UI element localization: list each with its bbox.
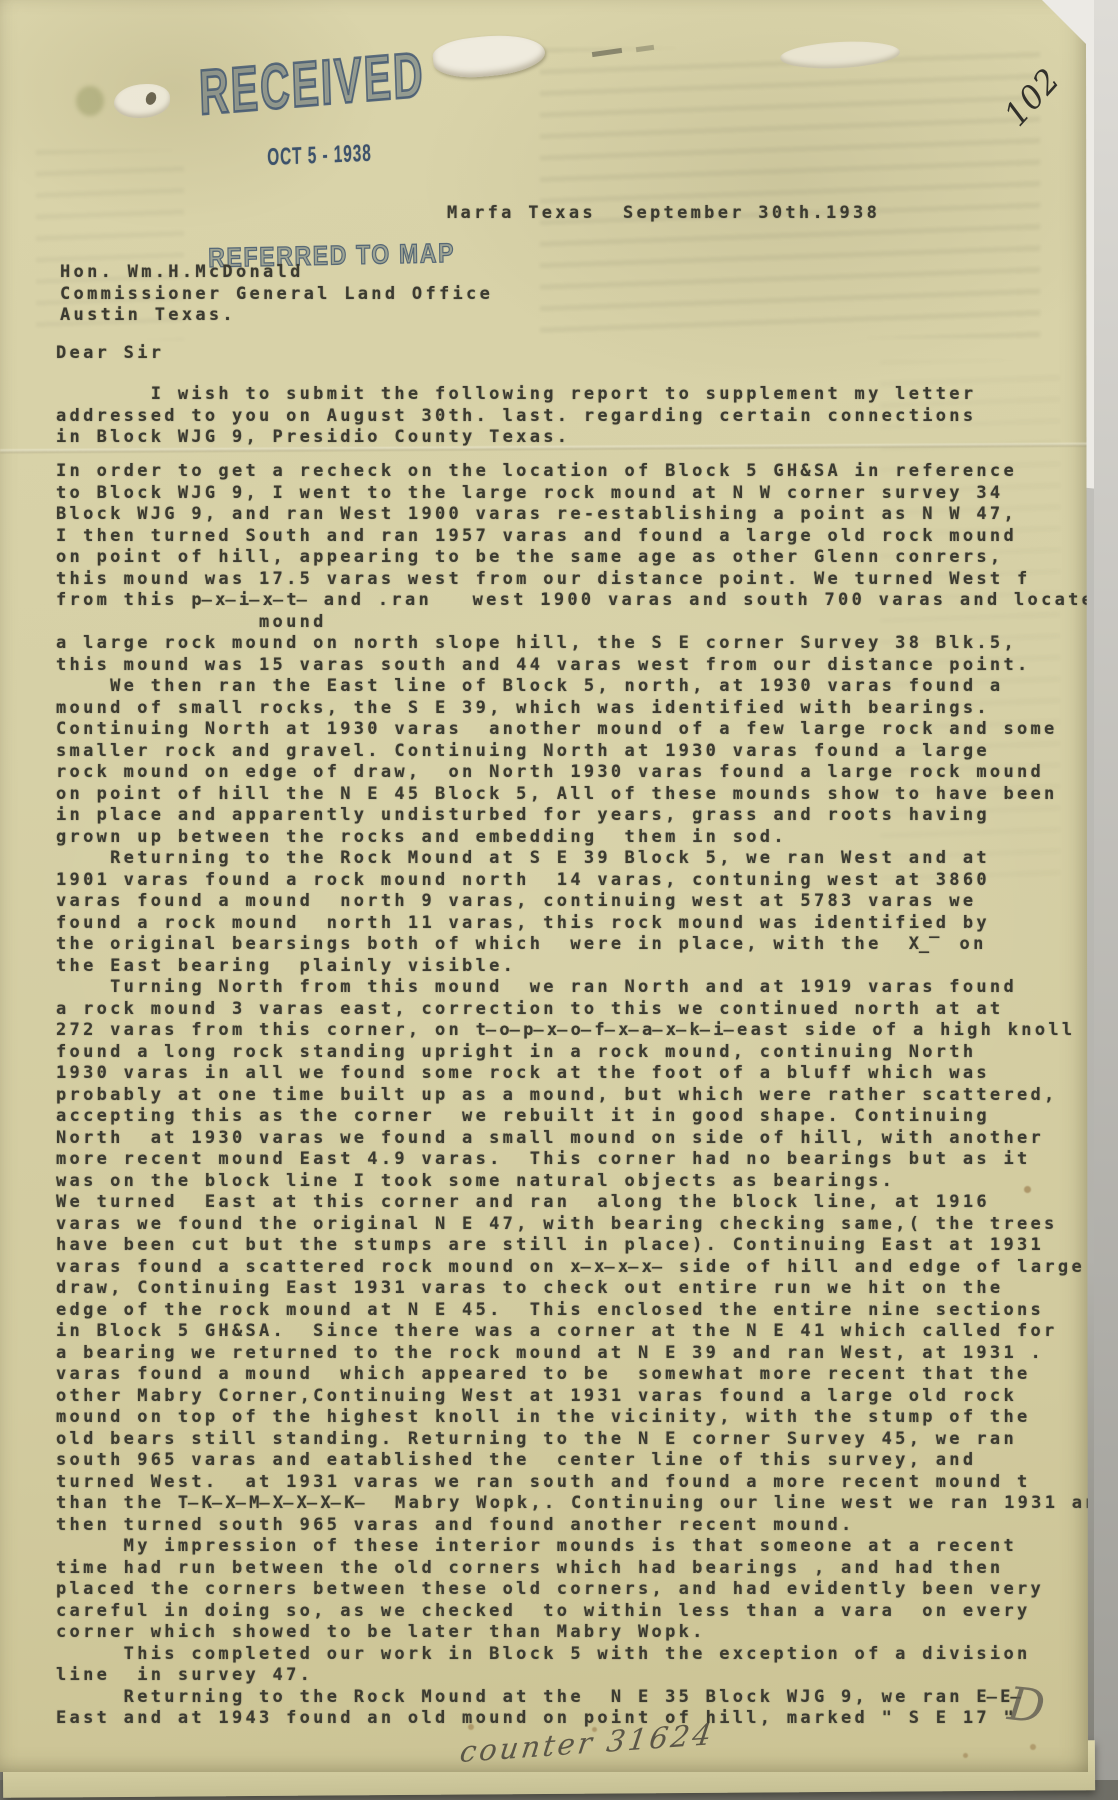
bleed-through-text [540, 48, 1040, 338]
received-stamp-text: RECEIVED [198, 38, 426, 129]
ink-smear [76, 86, 104, 116]
fox-spot [963, 1753, 968, 1758]
handwritten-corner-mark: D [1005, 1676, 1047, 1734]
date-stamp-text: OCT 5 - 1938 [267, 140, 372, 172]
date-stamp: OCT 5 - 1938 [267, 144, 430, 172]
received-stamp: RECEIVED [198, 56, 608, 141]
recipient-address: Hon. Wm.H.McDonald Commissioner General … [60, 262, 493, 327]
scanned-letter-page: RECEIVED OCT 5 - 1938 REFERRED TO MAP Ma… [0, 0, 1118, 1800]
paper-tear [114, 84, 170, 118]
fox-spot [1030, 1744, 1036, 1750]
letter-intro-paragraph: I wish to submit the following report to… [56, 384, 976, 449]
letter-body: In order to get a recheck on the locatio… [56, 461, 1116, 1730]
salutation: Dear Sir [56, 343, 164, 365]
letter-paper: RECEIVED OCT 5 - 1938 REFERRED TO MAP Ma… [0, 0, 1088, 1772]
scan-backdrop-edge [1094, 0, 1118, 1800]
dateline: Marfa Texas September 30th.1938 [447, 203, 880, 225]
